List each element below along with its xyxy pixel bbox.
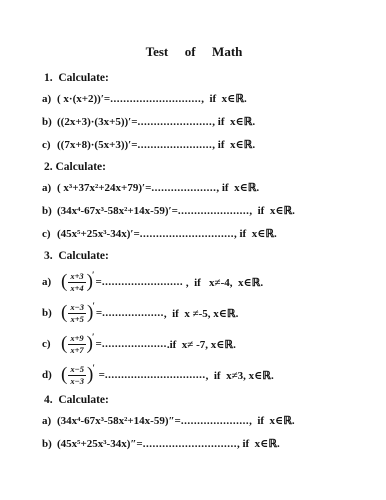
- item-condition: , if x∈ℝ.: [201, 93, 247, 105]
- prime-mark: ′: [92, 332, 95, 342]
- item-label: b): [42, 307, 61, 319]
- item-label: b): [42, 115, 57, 129]
- answer-blank: ............................: [110, 93, 201, 105]
- open-paren: (: [61, 303, 67, 322]
- item-expression: ( x³+37x²+24x+79)′=: [57, 182, 151, 194]
- item-condition: .if x≠ -7, x∈ℝ.: [167, 338, 236, 351]
- answer-blank: .........................: [102, 276, 183, 288]
- item-label: a): [42, 414, 57, 428]
- answer-blank: ....................: [151, 182, 216, 194]
- equals-sign: =: [96, 369, 105, 381]
- answer-blank: ...................: [102, 307, 164, 319]
- open-paren: (: [61, 272, 67, 291]
- prime-mark: ′: [92, 270, 95, 280]
- fraction: x−3x+5: [68, 303, 86, 324]
- item-condition: , if x∈ℝ.: [212, 139, 255, 151]
- item-condition: , if x≠3, x∈ℝ.: [206, 369, 274, 382]
- item-row-2b: b) (34x⁴-67x³-58x²+14x-59)′=............…: [42, 204, 360, 218]
- item-condition: , if x∈ℝ.: [237, 438, 280, 450]
- item-condition: , if x∈ℝ.: [234, 228, 277, 240]
- answer-blank: .....................: [181, 415, 249, 427]
- item-row-3d: d)(x−5x−3)′ =...........................…: [42, 363, 360, 387]
- item-label: d): [42, 369, 61, 381]
- section-2-heading: 2. Calculate:: [44, 161, 360, 173]
- section-3-heading: 3. Calculate:: [44, 250, 360, 262]
- item-expression: ((2x+3)·(3x+5))′=: [57, 116, 138, 128]
- item-expression: (34x⁴-67x³-58x²+14x-59)′=: [57, 205, 178, 217]
- item-label: c): [42, 227, 57, 241]
- item-condition: , if x≠-4, x∈ℝ.: [183, 276, 263, 289]
- section-4-heading: 4. Calculate:: [44, 394, 360, 406]
- answer-blank: ...............................: [105, 369, 206, 381]
- prime-mark: ′: [92, 301, 95, 311]
- section-1-heading: 1. Calculate:: [44, 72, 360, 84]
- denominator: x−3: [68, 376, 86, 386]
- item-label: b): [42, 437, 57, 451]
- item-row-3a: a)(x+3x+4)′=......................... , …: [42, 270, 360, 294]
- item-condition: , if x∈ℝ.: [216, 182, 259, 194]
- item-expression: ((7x+8)·(5x+3))′=: [57, 139, 138, 151]
- fraction: x+9x+7: [68, 334, 85, 355]
- item-expression: (34x⁴-67x³-58x²+14x-59)″=: [57, 415, 181, 427]
- numerator: x+3: [68, 272, 85, 283]
- prime-mark: ′: [92, 363, 95, 373]
- numerator: x+9: [68, 334, 85, 345]
- item-row-3c: c)(x+9x+7)′=.....................if x≠ -…: [42, 332, 360, 356]
- item-condition: , if x ≠-5, x∈ℝ.: [164, 307, 239, 320]
- item-row-4a: a) (34x⁴-67x³-58x²+14x-59)″=............…: [42, 414, 360, 428]
- item-condition: , if x∈ℝ.: [249, 415, 295, 427]
- item-label: b): [42, 204, 57, 218]
- item-row-1a: a) ( x·(x+2))′=.........................…: [42, 92, 360, 106]
- item-condition: , if x∈ℝ.: [249, 205, 295, 217]
- answer-blank: .............................: [143, 438, 237, 450]
- item-row-1c: c) ((7x+8)·(5x+3))′=....................…: [42, 138, 360, 152]
- item-condition: , if x∈ℝ.: [212, 116, 255, 128]
- fraction: x−5x−3: [68, 365, 86, 386]
- page-title: Test of Math: [42, 44, 346, 60]
- denominator: x+5: [68, 314, 86, 324]
- item-row-1b: b) ((2x+3)·(3x+5))′=....................…: [42, 115, 360, 129]
- answer-blank: ......................: [178, 205, 250, 217]
- item-label: a): [42, 276, 61, 288]
- answer-blank: .............................: [140, 228, 234, 240]
- open-paren: (: [61, 365, 67, 384]
- item-label: c): [42, 138, 57, 152]
- numerator: x−5: [68, 365, 86, 376]
- item-label: c): [42, 338, 61, 350]
- denominator: x+4: [68, 283, 85, 293]
- answer-blank: ....................: [102, 338, 167, 350]
- item-expression: ( x·(x+2))′=: [57, 93, 110, 105]
- denominator: x+7: [68, 345, 85, 355]
- item-expression: (45x⁵+25x³-34x)′=: [57, 228, 140, 240]
- item-label: a): [42, 92, 57, 106]
- numerator: x−3: [68, 303, 86, 314]
- item-label: a): [42, 181, 57, 195]
- item-row-4b: b) (45x⁵+25x³-34x)″=....................…: [42, 437, 360, 451]
- item-row-3b: b)(x−3x+5)′=..................., if x ≠-…: [42, 301, 360, 325]
- answer-blank: .......................: [138, 139, 213, 151]
- item-row-2c: c) (45x⁵+25x³-34x)′=....................…: [42, 227, 360, 241]
- answer-blank: .......................: [138, 116, 213, 128]
- item-row-2a: a) ( x³+37x²+24x+79)′=..................…: [42, 181, 360, 195]
- fraction: x+3x+4: [68, 272, 85, 293]
- item-expression: (45x⁵+25x³-34x)″=: [57, 438, 143, 450]
- document-page: Test of Math 1. Calculate: a) ( x·(x+2))…: [0, 0, 386, 500]
- open-paren: (: [61, 334, 67, 353]
